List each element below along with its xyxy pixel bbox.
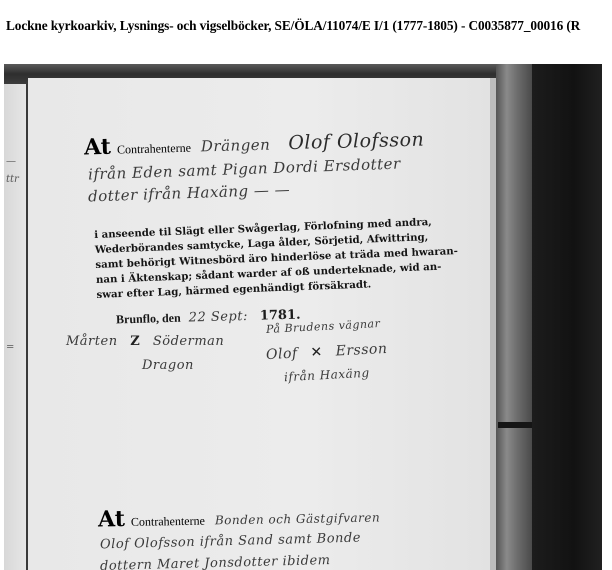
signature-left: Mårten Z Söderman bbox=[66, 334, 224, 349]
fraktur-initial: At bbox=[84, 134, 112, 161]
signer-mark: ✕ bbox=[310, 344, 323, 361]
entry2-heading: At Contrahenterne Bonden och Gästgifvare… bbox=[98, 502, 381, 533]
signer-name: Olof bbox=[266, 346, 298, 364]
signer-mark: Z bbox=[130, 334, 140, 349]
fraktur-initial: At bbox=[98, 506, 125, 532]
margin-note: = bbox=[6, 342, 14, 353]
image-title-caption: Lockne kyrkoarkiv, Lysnings- och vigselb… bbox=[6, 18, 612, 34]
archive-scan-image: — ttr = At Contrahenterne Drängen Olof O… bbox=[4, 64, 602, 570]
margin-note: — bbox=[6, 156, 16, 167]
handwritten-date: 22 Sept: bbox=[189, 309, 249, 326]
signer-title: Dragon bbox=[142, 358, 194, 373]
book-spine bbox=[496, 64, 532, 570]
handwritten-line: Bonden och Gästgifvaren bbox=[215, 511, 381, 528]
printed-form-text: i anseende til Slägt eller Swågerlag, Fö… bbox=[94, 215, 427, 303]
handwritten-title: Drängen bbox=[201, 136, 271, 156]
signer-surname: Ersson bbox=[335, 341, 388, 360]
signer-surname: Söderman bbox=[153, 334, 224, 349]
spine-mark bbox=[498, 422, 532, 428]
contrahenterne-label: Contrahenterne bbox=[117, 141, 191, 157]
book-cover bbox=[532, 64, 602, 570]
handwritten-groom-name: Olof Olofsson bbox=[288, 129, 424, 155]
place-label: Brunflo, den bbox=[116, 311, 181, 327]
margin-note: ttr bbox=[6, 174, 19, 185]
signer-name: Mårten bbox=[66, 334, 118, 349]
contrahenterne-label: Contrahenterne bbox=[131, 514, 205, 529]
